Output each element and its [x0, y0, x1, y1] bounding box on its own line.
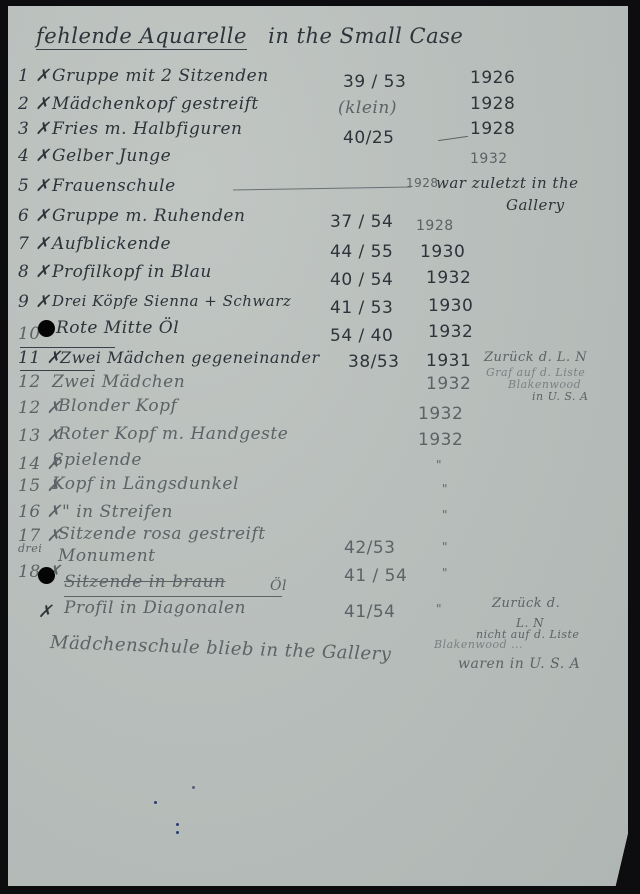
entry-title: Gruppe m. Ruhenden — [52, 206, 245, 226]
entry-year: " — [442, 540, 448, 554]
dash-mark — [438, 136, 468, 141]
entry-title: Zwei Mädchen — [52, 372, 185, 392]
entry-marker: 13 ✗ — [18, 426, 61, 446]
entry-title: Zwei Mädchen gegeneinander — [60, 348, 320, 367]
entry-marker: 12 — [18, 372, 41, 392]
ink-speck — [192, 786, 195, 789]
entry-size: 44 / 55 — [330, 242, 393, 262]
note-gallery-line2: Gallery — [506, 196, 565, 214]
title-suffix: in the Small Case — [268, 24, 463, 48]
entry-marker: 12 ✗ — [18, 398, 61, 418]
entry-title: Aufblickende — [52, 234, 171, 254]
entry-marker: 4 ✗ — [18, 146, 50, 166]
note-zwei-line4: in U. S. A — [532, 390, 588, 403]
entry-year: 1930 — [428, 296, 473, 316]
entry-title: Blonder Kopf — [58, 396, 177, 416]
entry-title: Gelber Junge — [52, 146, 171, 166]
entry-year: 1928 — [406, 176, 439, 190]
entry-year: 1932 — [418, 404, 463, 424]
entry-marker: 2 ✗ — [18, 94, 50, 114]
entry-size: 54 / 40 — [330, 326, 393, 346]
entry-year: 1926 — [470, 68, 515, 88]
punch-hole — [38, 320, 55, 337]
entry-year: " — [436, 602, 442, 616]
entry-title: " in Streifen — [62, 502, 173, 522]
note-profil-line5: waren in U. S. A — [458, 656, 580, 672]
entry-title-struck: Sitzende in braun — [64, 572, 226, 592]
entry-marker: 6 ✗ — [18, 206, 50, 226]
entry-title: Kopf in Längsdunkel — [52, 474, 239, 494]
entry-year: " — [442, 508, 448, 522]
entry-year: 1932 — [426, 374, 471, 394]
punch-hole — [38, 567, 55, 584]
entry-marker: 7 ✗ — [18, 234, 50, 254]
entry-title: Profilkopf in Blau — [52, 262, 212, 282]
entry-marker: 9 ✗ — [18, 292, 50, 312]
note-zwei-line1: Zurück d. L. N — [484, 350, 587, 365]
entry-year: " — [442, 482, 448, 496]
entry-size: (klein) — [338, 98, 397, 118]
entry-title: Fries m. Halbfiguren — [52, 119, 242, 139]
entry-size: 40/25 — [343, 128, 395, 148]
entry-year: 1928 — [470, 94, 515, 114]
entry-size: 41 / 53 — [330, 298, 393, 318]
entry-title: Drei Köpfe Sienna + Schwarz — [52, 292, 291, 310]
entry-year: " — [436, 458, 442, 472]
entry-year: 1928 — [416, 218, 454, 234]
arrow-line — [233, 186, 411, 190]
entry-title: Monument — [58, 546, 156, 566]
entry-size: 38/53 — [348, 352, 400, 372]
entry-year: 1930 — [420, 242, 465, 262]
note-profil-line1: Zurück d. — [492, 596, 560, 611]
entry-title: Gruppe mit 2 Sitzenden — [52, 66, 269, 86]
entry-title: Rote Mitte Öl — [56, 318, 179, 338]
entry-suffix: Öl — [270, 578, 287, 594]
entry-title: Profil in Diagonalen — [64, 598, 246, 618]
entry-year: 1932 — [470, 151, 508, 167]
entry-year: 1932 — [426, 268, 471, 288]
entry-title: Roter Kopf m. Handgeste — [58, 424, 288, 444]
entry-marker: 1 ✗ — [18, 66, 50, 86]
entry-title: Sitzende rosa gestreift — [58, 524, 266, 544]
entry-year: 1928 — [470, 119, 515, 139]
entry-title: Mädchenkopf gestreift — [52, 94, 259, 114]
entry-marker: ✗ — [38, 602, 53, 622]
entry-size: 41/54 — [344, 602, 396, 622]
entry-marker: 11 ✗ — [18, 348, 61, 368]
entry-title: Frauenschule — [52, 176, 176, 196]
ink-speck — [176, 831, 179, 834]
footer-note: Mädchenschule blieb in the Gallery — [50, 632, 392, 665]
ink-speck — [176, 823, 179, 826]
entry-marker: 8 ✗ — [18, 262, 50, 282]
entry-marker: 3 ✗ — [18, 119, 50, 139]
entry-marker: 16 ✗ — [18, 502, 61, 522]
entry-size: 42/53 — [344, 538, 396, 558]
document-title: fehlende Aquarelle in the Small Case — [36, 24, 463, 48]
entry-marker: 5 ✗ — [18, 176, 50, 196]
note-gallery-line1: war zuletzt in the — [436, 174, 578, 192]
entry-size: 39 / 53 — [343, 72, 406, 92]
entry-size: 41 / 54 — [344, 566, 407, 586]
document-page: fehlende Aquarelle in the Small Case 1 ✗… — [8, 6, 628, 886]
title-main: fehlende Aquarelle — [36, 24, 247, 50]
entry-size: 37 / 54 — [330, 212, 393, 232]
entry-prefix: drei — [18, 542, 42, 555]
entry-year: 1931 — [426, 351, 471, 371]
entry-size: 40 / 54 — [330, 270, 393, 290]
ink-speck — [154, 801, 157, 804]
entry-title: Spielende — [52, 450, 142, 470]
entry-year: 1932 — [418, 430, 463, 450]
entry-year: 1932 — [428, 322, 473, 342]
note-profil-line4: Blakenwood ... — [434, 638, 523, 651]
entry-year: " — [442, 566, 448, 580]
